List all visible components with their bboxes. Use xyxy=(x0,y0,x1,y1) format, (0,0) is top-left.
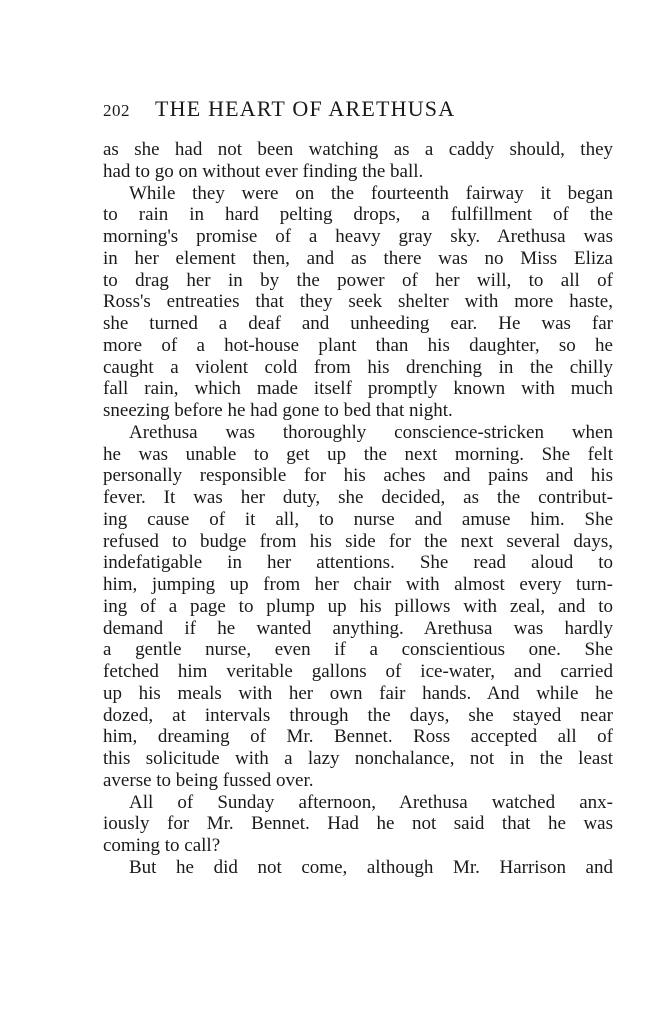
text-line: him, jumping up from her chair with almo… xyxy=(103,574,613,596)
text-line: morning's promise of a heavy gray sky. A… xyxy=(103,226,613,248)
page-number: 202 xyxy=(103,101,155,121)
text-line: more of a hot-house plant than his daugh… xyxy=(103,335,613,357)
text-line: All of Sunday afternoon, Arethusa watche… xyxy=(103,792,613,814)
text-line: up his meals with her own fair hands. An… xyxy=(103,683,613,705)
text-line: him, dreaming of Mr. Bennet. Ross accept… xyxy=(103,726,613,748)
text-line: Arethusa was thoroughly conscience-stric… xyxy=(103,422,613,444)
text-line: Ross's entreaties that they seek shelter… xyxy=(103,291,613,313)
text-line: fall rain, which made itself promptly kn… xyxy=(103,378,613,400)
text-line: this solicitude with a lazy nonchalance,… xyxy=(103,748,613,770)
text-line: While they were on the fourteenth fairwa… xyxy=(103,183,613,205)
book-title: THE HEART OF ARETHUSA xyxy=(155,96,455,122)
text-line: dozed, at intervals through the days, sh… xyxy=(103,705,613,727)
text-line: iously for Mr. Bennet. Had he not said t… xyxy=(103,813,613,835)
text-line: ing of a page to plump up his pillows wi… xyxy=(103,596,613,618)
text-line: in her element then, and as there was no… xyxy=(103,248,613,270)
text-line: demand if he wanted anything. Arethusa w… xyxy=(103,618,613,640)
text-line: fetched him veritable gallons of ice-wat… xyxy=(103,661,613,683)
text-line: he was unable to get up the next morning… xyxy=(103,444,613,466)
text-line: coming to call? xyxy=(103,835,613,857)
text-line: had to go on without ever finding the ba… xyxy=(103,161,613,183)
text-line: a gentle nurse, even if a conscientious … xyxy=(103,639,613,661)
text-line: to drag her in by the power of her will,… xyxy=(103,270,613,292)
running-header: 202 THE HEART OF ARETHUSA xyxy=(103,96,613,126)
text-line: personally responsible for his aches and… xyxy=(103,465,613,487)
text-line: But he did not come, although Mr. Harris… xyxy=(103,857,613,879)
text-line: fever. It was her duty, she decided, as … xyxy=(103,487,613,509)
text-line: as she had not been watching as a caddy … xyxy=(103,139,613,161)
text-line: indefatigable in her attentions. She rea… xyxy=(103,552,613,574)
text-line: refused to budge from his side for the n… xyxy=(103,531,613,553)
text-line: to rain in hard pelting drops, a fulfill… xyxy=(103,204,613,226)
text-line: sneezing before he had gone to bed that … xyxy=(103,400,613,422)
text-line: averse to being fussed over. xyxy=(103,770,613,792)
body-text: as she had not been watching as a caddy … xyxy=(103,139,613,879)
book-page: 202 THE HEART OF ARETHUSA as she had not… xyxy=(103,96,613,879)
text-line: caught a violent cold from his drenching… xyxy=(103,357,613,379)
text-line: she turned a deaf and unheeding ear. He … xyxy=(103,313,613,335)
text-line: ing cause of it all, to nurse and amuse … xyxy=(103,509,613,531)
